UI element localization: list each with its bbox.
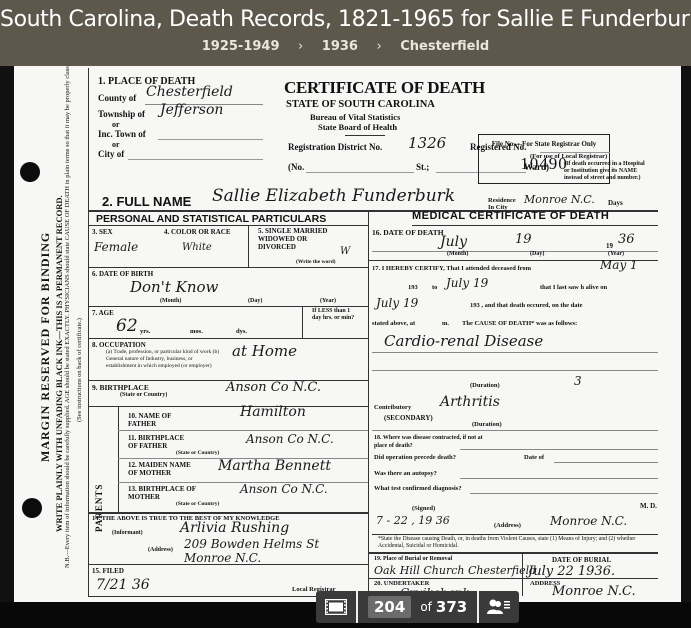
undertaker-address-value: Monroe N.C. [552, 584, 636, 599]
color-label: 4. COLOR OR RACE [164, 228, 231, 236]
age-value: 62 [116, 316, 138, 336]
certify-line3: 193 , and that death occured, on the dat… [470, 302, 583, 309]
father-name-label: 10. NAME OF FATHER [128, 412, 188, 428]
age-label: 7. AGE [92, 309, 114, 317]
sex-value: Female [94, 240, 138, 254]
death-day: 19 [515, 232, 532, 247]
occupation-label: 8. OCCUPATION [92, 341, 146, 349]
city-label: City of [98, 149, 124, 159]
secondary-label: (SECONDARY) [384, 414, 433, 422]
local-registrar-note: (For use of Local Registrar) [530, 153, 607, 160]
dob-value: Don't Know [130, 278, 218, 296]
filmstrip-button[interactable] [316, 591, 356, 623]
reg-district-label: Registration District No. [288, 142, 382, 152]
county-label: County of [98, 93, 136, 103]
day-label: (Day) [530, 251, 544, 257]
state-name: STATE OF SOUTH CAROLINA [286, 99, 435, 110]
board-name: State Board of Health [318, 122, 397, 132]
year-label: (Year) [320, 298, 336, 304]
breadcrumb: 1925-1949 › 1936 › Chesterfield [0, 39, 691, 54]
breadcrumb-item-county[interactable]: Chesterfield [400, 39, 489, 54]
operation-label: Did operation precede death? [374, 454, 456, 461]
filmstrip-icon [325, 599, 347, 615]
date-of-death-label: 16. DATE OF DEATH [372, 228, 444, 237]
informant-value: Arlivia Rushing [180, 520, 289, 536]
death-month: July [440, 234, 467, 250]
page-indicator: 204 of 373 [358, 591, 477, 623]
residence-value: Monroe N.C. [524, 193, 595, 206]
breadcrumb-item-years[interactable]: 1925-1949 [202, 39, 280, 54]
township-label: Township of [98, 109, 145, 119]
total-pages: 373 [436, 598, 467, 616]
signed-date: 7 - 22 , 19 36 [376, 514, 450, 527]
reg-district-value: 1326 [408, 134, 446, 152]
document-image[interactable]: MARGIN RESERVED FOR BINDING WRITE PLAINL… [0, 62, 691, 602]
sex-label: 3. SEX [92, 228, 113, 236]
st-label: St.; [416, 162, 429, 172]
full-name-value: Sallie Elizabeth Funderburk [212, 186, 455, 206]
signed-label: (Signed) [412, 505, 435, 512]
certify-last-saw: that I last saw h alive on [540, 284, 607, 291]
address-label: (Address) [148, 547, 173, 553]
filed-label: 15. FILED [92, 567, 124, 575]
cause-label: The CAUSE OF DEATH* was as follows: [462, 320, 577, 327]
test-label: What test confirmed diagnosis? [374, 485, 462, 492]
full-name-label: 2. FULL NAME [102, 194, 191, 209]
days-label: Days [608, 199, 623, 207]
dob-label: 6. DATE OF BIRTH [92, 270, 153, 278]
contributory-value: Arthritis [440, 394, 500, 410]
md-label: M. D. [640, 502, 657, 510]
birthplace-label: 9. BIRTHPLACE [92, 383, 149, 392]
margin-nb: N.B.—Every item of information should be… [64, 558, 71, 568]
where-contracted: 18. Where was disease contracted, if not… [374, 434, 494, 450]
burial-place-value: Oak Hill Church Chesterfield [374, 564, 536, 577]
people-list-icon [487, 598, 511, 616]
marital-label: 5. SINGLE MARRIED WIDOWED OR DIVORCED [258, 227, 328, 251]
occupation-sub: (a) Trade, profession, or particular kin… [106, 349, 224, 370]
or-label: or [112, 120, 120, 129]
binding-hole-top [20, 162, 40, 182]
certify-to: July 19 [446, 276, 488, 290]
record-title: South Carolina, Death Records, 1821-1965… [0, 0, 691, 32]
certify-label: 17. I HEREBY CERTIFY, That I attended de… [372, 265, 531, 272]
yrs-label: yrs. [140, 328, 150, 335]
contributory-label: Contributory [374, 404, 411, 411]
parents-label: PARENTS [94, 484, 104, 532]
signed-address-label: (Address) [494, 522, 521, 529]
certify-last-date: July 19 [376, 296, 418, 310]
breadcrumb-item-year[interactable]: 1936 [322, 39, 358, 54]
duration-label: (Duration) [470, 382, 500, 389]
medical-header: MEDICAL CERTIFICATE OF DEATH [412, 210, 609, 222]
mother-birthplace-label: 13. BIRTHPLACE OF MOTHER [128, 485, 198, 501]
month-label: (Month) [447, 251, 468, 257]
signed-address: Monroe N.C. [550, 514, 627, 528]
scan-edge-left [0, 62, 14, 628]
death-year: 36 [618, 232, 635, 247]
or-label: or [112, 140, 120, 149]
record-header: South Carolina, Death Records, 1821-1965… [0, 0, 691, 66]
birthplace-value: Anson Co N.C. [226, 380, 321, 395]
color-value: White [182, 242, 212, 253]
mother-birthplace-value: Anson Co N.C. [240, 482, 340, 496]
margin-reserved-text: MARGIN RESERVED FOR BINDING [38, 232, 53, 462]
certificate-title: CERTIFICATE OF DEATH [284, 78, 485, 98]
of-label: of [420, 600, 432, 614]
father-birthplace-sub: (State or Country) [176, 450, 219, 456]
m-label: m. [442, 320, 449, 327]
breadcrumb-separator: › [298, 39, 303, 54]
duration-label: (Duration) [472, 421, 502, 428]
burial-date-value: July 22 1936. [528, 564, 615, 579]
margin-see-instructions: (See instructions on back of certificate… [76, 318, 83, 422]
informant-label: (Informant) [112, 530, 143, 536]
certify-to-label: to [432, 284, 437, 291]
if-less-label: If LESS than 1 day hrs. or min? [312, 308, 356, 322]
marital-value: W [340, 246, 350, 257]
death-year-prefix: 19 [606, 242, 613, 250]
people-index-button[interactable] [479, 591, 519, 623]
no-label: (No. [288, 162, 304, 172]
marital-note: (Write the word) [296, 259, 336, 265]
county-value: Chesterfield [146, 84, 233, 100]
month-label: (Month) [160, 298, 181, 304]
current-page-input[interactable]: 204 [368, 596, 411, 618]
bureau-name: Bureau of Vital Statistics [310, 112, 400, 122]
inc-town-label: Inc. Town of [98, 129, 146, 139]
image-pager: 204 of 373 [316, 591, 519, 623]
stated-above: stated above, at [372, 320, 415, 327]
father-birthplace-label: 11. BIRTHPLACE OF FATHER [128, 434, 188, 450]
duration-value: 3 [574, 374, 582, 388]
day-label: (Day) [248, 298, 262, 304]
burial-date-label: DATE OF BURIAL [552, 556, 611, 564]
mos-label: mos. [190, 328, 203, 335]
cause-value: Cardio-renal Disease [384, 332, 543, 350]
residence-label: Residence In City [488, 197, 520, 211]
burial-place-label: 19. Place of Burial or Removal [374, 556, 452, 562]
dys-label: dys. [236, 328, 247, 335]
occupation-value: at Home [232, 342, 297, 360]
binding-hole-bottom [22, 498, 42, 518]
birthplace-sub: (State or Country) [120, 392, 167, 398]
registered-no-label: Registered No. [470, 142, 526, 152]
breadcrumb-separator: › [377, 39, 382, 54]
year-label: (Year) [608, 251, 624, 257]
margin-write-plainly: WRITE PLAINLY WITH UNFADING BLACK INK—TH… [54, 195, 64, 532]
personal-header: PERSONAL AND STATISTICAL PARTICULARS [96, 213, 326, 225]
father-birthplace-value: Anson Co N.C. [246, 432, 346, 446]
township-value: Jefferson [160, 102, 223, 118]
address-value: 209 Bowden Helms St Monroe N.C. [184, 537, 364, 565]
hospital-note: (If death occurred in a Hospital or Inst… [564, 161, 648, 182]
violent-note: *State the Disease causing Death, or, in… [378, 536, 658, 550]
mother-name-value: Martha Bennett [218, 458, 331, 474]
date-of-label: Date of [524, 454, 544, 461]
certify-year-a: 193 [408, 284, 418, 291]
autopsy-label: Was there an autopsy? [374, 470, 437, 477]
scan-edge-right [681, 62, 691, 628]
filed-value: 7/21 36 [96, 577, 150, 593]
father-name-value: Hamilton [240, 404, 306, 420]
mother-birthplace-sub: (State or Country) [176, 501, 219, 507]
mother-name-label: 12. MAIDEN NAME OF MOTHER [128, 461, 198, 477]
certify-from: May 1 [600, 258, 638, 272]
